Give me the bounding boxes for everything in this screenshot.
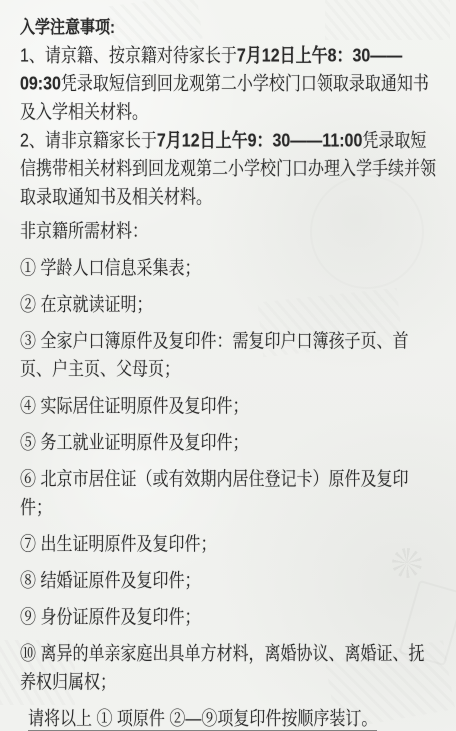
list-item: ③ 全家户口簿原件及复印件：需复印户口簿孩子页、首页、户主页、父母页；: [20, 328, 440, 385]
notice-title: 入学注意事项:: [20, 17, 440, 39]
paragraph-non-jingji-prefix: 2、请非京籍家长于: [20, 131, 157, 151]
paragraph-jingji-suffix: 凭录取短信到回龙观第二小学校门口领取录取通知书及入学相关材料。: [20, 74, 429, 122]
list-item: ⑦ 出生证明原件及复印件；: [20, 531, 440, 559]
binding-note: 请将以上 ① 项原件 ②—⑨项复印件按顺序装订。: [20, 706, 440, 731]
list-item: ⑥ 北京市居住证（或有效期内居住登记卡）原件及复印件；: [20, 466, 440, 523]
list-item: ⑧ 结婚证原件及复印件；: [20, 568, 440, 596]
binding-note-text: 请将以上 ① 项原件 ②—⑨项复印件按顺序装订。: [28, 709, 377, 731]
list-item: ② 在京就读证明；: [20, 291, 440, 319]
list-item: ① 学龄人口信息采集表；: [20, 255, 440, 283]
paragraph-non-jingji: 2、请非京籍家长于7月12日上午9：30——11:00凭录取短信携带相关材料到回…: [20, 127, 440, 212]
paragraph-jingji: 1、请京籍、按京籍对待家长于7月12日上午8：30——09:30凭录取短信到回龙…: [20, 42, 440, 127]
notice-content: 入学注意事项: 1、请京籍、按京籍对待家长于7月12日上午8：30——09:30…: [0, 0, 456, 731]
paragraph-non-jingji-time: 7月12日上午9：30——11:00: [157, 131, 362, 151]
notice-photo: 入学注意事项: 1、请京籍、按京籍对待家长于7月12日上午8：30——09:30…: [0, 0, 456, 731]
materials-heading: 非京籍所需材料：: [20, 218, 440, 246]
materials-list: ① 学龄人口信息采集表；② 在京就读证明；③ 全家户口簿原件及复印件：需复印户口…: [20, 255, 440, 697]
list-item: ④ 实际居住证明原件及复印件；: [20, 393, 440, 421]
list-item: ⑩ 离异的单亲家庭出具单方材料，离婚协议、离婚证、抚养权归属权；: [20, 641, 440, 698]
paragraph-jingji-prefix: 1、请京籍、按京籍对待家长于: [20, 46, 237, 66]
list-item: ⑤ 务工就业证明原件及复印件；: [20, 430, 440, 458]
list-item: ⑨ 身份证原件及复印件；: [20, 604, 440, 632]
